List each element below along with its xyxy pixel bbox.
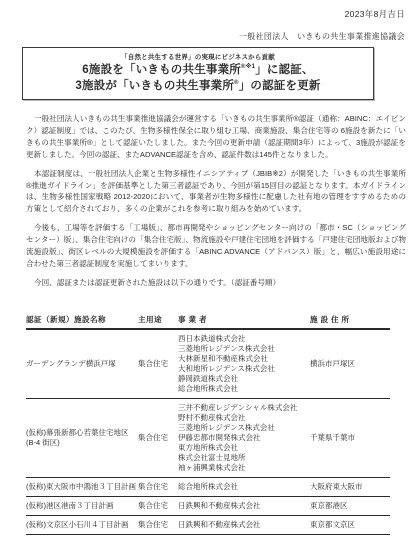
operator-name: 総合地所株式会社 [178,482,308,492]
title-line-1: 6施設を「いきもの共生事業所®※1」に認証、 [25,63,371,79]
facility-name: (仮称)港区港南３丁目計画 [26,496,138,515]
facility-address: 東京都港区 [310,496,390,515]
document-date: 2023年8月吉日 [0,0,419,20]
facility-operators: 三井不動産レジデンシャル株式会社 野村不動産株式会社 三菱地所レジデンス株式会社… [178,398,310,477]
operator-name: 大林新星和不動産株式会社 [178,354,308,364]
table-row: (仮称)東大阪市中鴻池３丁目計画 集合住宅 総合地所株式会社 大阪府東大阪市 [26,477,390,496]
organization-name: 一般社団法人 いきもの共生事業推進協議会 [0,20,419,42]
operator-name: 伊藤忠都市開発株式会社 [178,433,308,443]
operator-name: 西日本鉄道株式会社 [178,334,308,344]
registered-mark-note: ®※1 [241,64,255,70]
facility-use: 集合住宅 [138,329,178,399]
facility-operators: 日鉄興和不動産株式会社 [178,496,310,515]
title-subtitle: 「自然と共生する世界」の実現にビジネスから貢献 [25,52,371,61]
table-row: (仮称)港区港南３丁目計画 集合住宅 日鉄興和不動産株式会社 東京都港区 [26,496,390,515]
facility-name: (仮称)文京区小石川４丁目計画 [26,515,138,534]
facility-address: 大阪府東大阪市 [310,477,390,496]
table-row: ガーデングランデ横浜戸塚 集合住宅 西日本鉄道株式会社 三菱地所レジデンス株式会… [26,329,390,399]
paragraph-3: 今後も、工場等を評価する「工場版」、都市再開発やショッピングセンター向けの「都市… [26,222,406,270]
operator-name: 日鉄興和不動産株式会社 [178,520,308,530]
table-row: (仮称)文京区小石川４丁目計画 集合住宅 日鉄興和不動産株式会社 東京都文京区 [26,515,390,534]
operator-name: 東方地所株式会社 [178,443,308,453]
table-row: (仮称)幕張新都心若葉住宅地区(B-4 街区) 集合住宅 三井不動産レジデンシャ… [26,398,390,477]
facility-name: ガーデングランデ横浜戸塚 [26,329,138,399]
operator-name: 袖ヶ浦興業株式会社 [178,463,308,473]
facility-address: 横浜市戸塚区 [310,329,390,399]
facility-use: 集合住宅 [138,398,178,477]
paragraph-2: 本認証制度は、一般社団法人企業と生物多様性イニシアティブ（JBIB※2）が開発し… [26,168,406,216]
operator-name: 静岡鉄道株式会社 [178,374,308,384]
title-line-1-tail: 」に認証、 [255,64,314,76]
facility-use: 集合住宅 [138,477,178,496]
title-box: 「自然と共生する世界」の実現にビジネスから貢献 6施設を「いきもの共生事業所®※… [22,47,374,100]
paragraph-1: 一般社団法人いきもの共生事業推進協議会が運営する「いきもの共生事業所®認証（通称… [26,113,406,161]
press-release-page: 2023年8月吉日 一般社団法人 いきもの共生事業推進協議会 「自然と共生する世… [0,0,419,560]
facility-address: 千葉県千葉市 [310,398,390,477]
operator-name: 三井不動産レジデンシャル株式会社 [178,403,308,413]
operator-name: 三菱地所レジデンス株式会社 [178,423,308,433]
facility-use: 集合住宅 [138,515,178,534]
operator-name: 三菱地所レジデンス株式会社 [178,344,308,354]
facility-operators: 日鉄興和不動産株式会社 [178,515,310,534]
header-operator: 事 業 者 [178,312,310,329]
operator-name: 総合地所株式会社 [178,384,308,394]
header-facility-name: 認証（新規）施設名称 [26,312,138,329]
title-line-2-tail: 」の認証を更新 [239,80,321,92]
paragraph-4: 今回、認証または認証更新された施設は以下の通りです。（認証番号順） [26,277,406,289]
title-line-2: 3施設が「いきもの共生事業所®」の認証を更新 [25,79,371,95]
body-text: 一般社団法人いきもの共生事業推進協議会が運営する「いきもの共生事業所®認証（通称… [26,113,406,289]
facility-address: 東京都文京区 [310,515,390,534]
operator-name: 株式会社富士見地所 [178,453,308,463]
operator-name: 野村不動産株式会社 [178,413,308,423]
operator-name: 日鉄興和不動産株式会社 [178,501,308,511]
table-header-row: 認証（新規）施設名称 主用途 事 業 者 施 設 住 所 [26,312,390,329]
header-main-use: 主用途 [138,312,178,329]
facility-operators: 西日本鉄道株式会社 三菱地所レジデンス株式会社 大林新星和不動産株式会社 大和地… [178,329,310,399]
title-line-1-text: 6施設を「いきもの共生事業所 [82,64,241,76]
title-line-2-text: 3施設が「いきもの共生事業所 [75,80,234,92]
facility-name: (仮称)東大阪市中鴻池３丁目計画 [26,477,138,496]
operator-name: 大和地所レジデンス株式会社 [178,364,308,374]
facility-use: 集合住宅 [138,496,178,515]
facility-operators: 総合地所株式会社 [178,477,310,496]
facility-name: (仮称)幕張新都心若葉住宅地区(B-4 街区) [26,398,138,477]
header-address: 施 設 住 所 [310,312,390,329]
facilities-table: 認証（新規）施設名称 主用途 事 業 者 施 設 住 所 ガーデングランデ横浜戸… [26,312,390,535]
